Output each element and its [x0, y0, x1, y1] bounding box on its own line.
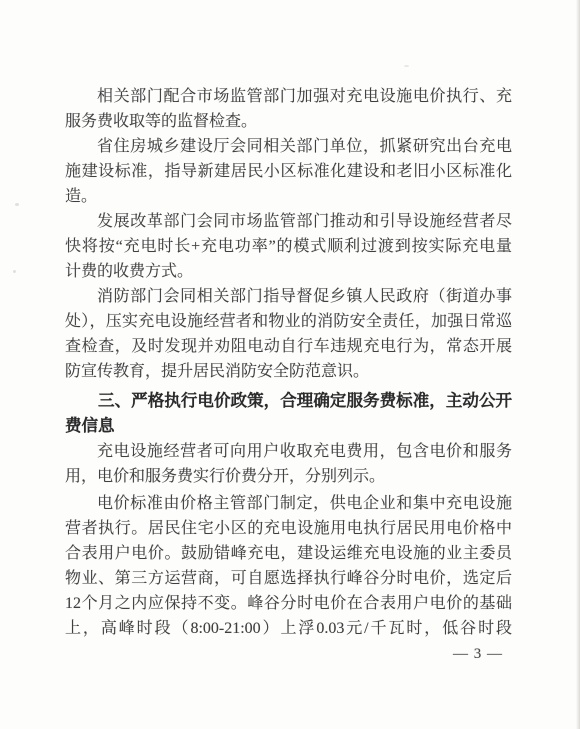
heading-line: 三、严格执行电价政策，合理确定服务费标准，主动公开收: [65, 389, 512, 414]
heading-line: 费信息: [65, 414, 512, 439]
body-line: 消防部门会同相关部门指导督促乡镇人民政府（街道办事: [65, 284, 512, 309]
body-line: 营者执行。居民住宅小区的充电设施用电执行居民用电价格中的: [65, 516, 512, 541]
body-line: 查检查，及时发现并劝阻电动自行车违规充电行为，常态开展消: [65, 334, 512, 359]
paragraph: 充电设施经营者可向用户收取充电费用，包含电价和服务费用，电价和服务费实行价费分开…: [65, 439, 512, 489]
paragraph: 消防部门会同相关部门指导督促乡镇人民政府（街道办事处），压实充电设施经营者和物业…: [65, 284, 512, 384]
body-line: 计费的收费方式。: [65, 259, 512, 284]
body-line: 电价标准由价格主管部门制定，供电企业和集中充电设施经: [65, 491, 512, 516]
scan-speck: [404, 65, 409, 67]
body-line: 用，电价和服务费实行价费分开，分别列示。: [65, 464, 512, 489]
body-line: 省住房城乡建设厅会同相关部门单位，抓紧研究出台充电设: [65, 134, 512, 159]
body-line: 防宣传教育，提升居民消防安全防范意识。: [65, 359, 512, 384]
body-line: 服务费收取等的监督检查。: [65, 109, 512, 134]
body-line: 造。: [65, 184, 512, 209]
body-line: 上，高峰时段（8:00-21:00）上浮0.03元/千瓦时，低谷时段（21:00…: [65, 616, 512, 641]
body-line: 处），压实充电设施经营者和物业的消防安全责任，加强日常巡: [65, 309, 512, 334]
body-line: 合表用户电价。鼓励错峰充电，建设运维充电设施的业主委员会、: [65, 541, 512, 566]
body-line: 发展改革部门会同市场监管部门推动和引导设施经营者尽: [65, 209, 512, 234]
paragraph: 电价标准由价格主管部门制定，供电企业和集中充电设施经营者执行。居民住宅小区的充电…: [65, 491, 512, 641]
body-line: 相关部门配合市场监管部门加强对充电设施电价执行、充电: [65, 84, 512, 109]
scan-edge-shadow: [576, 0, 580, 729]
paragraph: 省住房城乡建设厅会同相关部门单位，抓紧研究出台充电设施建设标准，指导新建居民小区…: [65, 134, 512, 209]
body-line: 充电设施经营者可向用户收取充电费用，包含电价和服务费: [65, 439, 512, 464]
body-line: 施建设标准，指导新建居民小区标准化建设和老旧小区标准化改: [65, 159, 512, 184]
paragraph: 相关部门配合市场监管部门加强对充电设施电价执行、充电服务费收取等的监督检查。: [65, 84, 512, 134]
scan-speck: [15, 203, 19, 206]
body-line: 12个月之内应保持不变。峰谷分时电价在合表用户电价的基础: [65, 591, 512, 616]
document-body: 相关部门配合市场监管部门加强对充电设施电价执行、充电服务费收取等的监督检查。省住…: [65, 84, 512, 641]
body-line: 物业、第三方运营商，可自愿选择执行峰谷分时电价，选定后在: [65, 566, 512, 591]
body-line: 快将按“充电时长+充电功率”的模式顺利过渡到按实际充电量: [65, 234, 512, 259]
document-page: 相关部门配合市场监管部门加强对充电设施电价执行、充电服务费收取等的监督检查。省住…: [0, 0, 580, 729]
scan-speck: [13, 270, 16, 273]
section-heading: 三、严格执行电价政策，合理确定服务费标准，主动公开收费信息: [65, 389, 512, 439]
paragraph: 发展改革部门会同市场监管部门推动和引导设施经营者尽快将按“充电时长+充电功率”的…: [65, 209, 512, 284]
page-number: — 3 —: [453, 646, 503, 663]
